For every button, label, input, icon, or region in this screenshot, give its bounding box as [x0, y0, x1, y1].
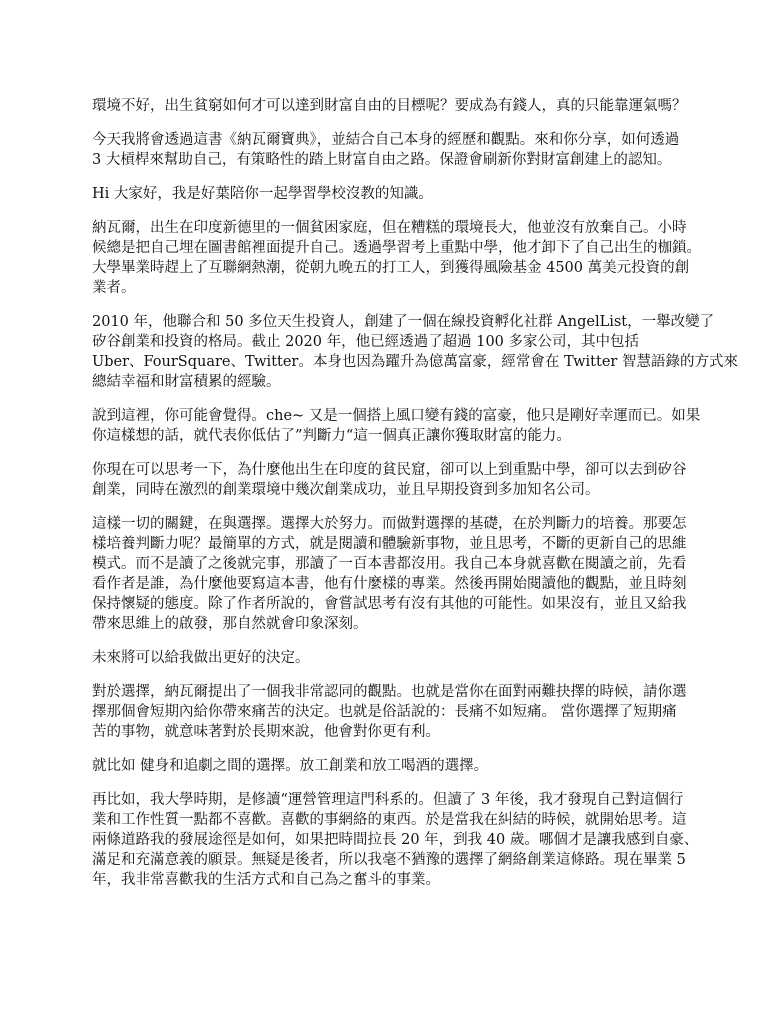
- text-line: 苦的事物，就意味著對於長期來說，他會對你更有利。: [92, 722, 692, 742]
- paragraph-book-intro: 今天我將會透過這書《納瓦爾寶典》，並結合自己本身的經歷和觀點。來和你分享，如何透…: [92, 130, 692, 170]
- text-line: 保持懷疑的態度。除了作者所說的，會嘗試思考有沒有其他的可能性。如果沒有，並且又給…: [92, 594, 692, 614]
- paragraph-greeting: Hi 大家好，我是好葉陪你一起學習學校沒教的知識。: [92, 184, 692, 204]
- text-line: 擇那個會短期內給你帶來痛苦的決定。也就是俗話說的：長痛不如短痛。 當你選擇了短期…: [92, 702, 692, 722]
- text-line: 你這樣想的話，就代表你低估了”判斷力“這一個真正讓你獲取財富的能力。: [92, 426, 692, 446]
- text-line: 2010 年，他聯合和 50 多位天生投資人，創建了一個在線投資孵化社群 Ang…: [92, 312, 692, 332]
- text-line: 這樣一切的關鍵，在與選擇。選擇大於努力。而做對選擇的基礎，在於判斷力的培養。那要…: [92, 514, 692, 534]
- text-line: 兩條道路我的發展途徑是如何，如果把時間拉長 20 年，到我 40 歲。哪個才是讓…: [92, 830, 692, 850]
- text-line: 環境不好，出生貧窮如何才可以達到財富自由的目標呢？要成為有錢人，真的只能靠運氣嗎…: [92, 96, 692, 116]
- text-line: Uber、FourSquare、Twitter。本身也因為躍升為億萬富豪，經常會…: [92, 352, 692, 372]
- paragraph-think: 你現在可以思考一下，為什麼他出生在印度的貧民窟，卻可以上到重點中學，卻可以去到矽…: [92, 460, 692, 500]
- text-line: Hi 大家好，我是好葉陪你一起學習學校沒教的知識。: [92, 184, 692, 204]
- paragraph-judgement: 說到這裡，你可能會覺得。che~ 又是一個搭上風口變有錢的富豪，他只是剛好幸運而…: [92, 406, 692, 446]
- paragraph-angellist: 2010 年，他聯合和 50 多位天生投資人，創建了一個在線投資孵化社群 Ang…: [92, 312, 692, 392]
- text-line: 3 大槓桿來幫助自己，有策略性的踏上財富自由之路。保證會刷新你對財富創建上的認知…: [92, 150, 692, 170]
- text-line: 業者。: [92, 278, 692, 298]
- text-line: 滿足和充滿意義的願景。無疑是後者，所以我毫不猶豫的選擇了網絡創業這條路。現在畢業…: [92, 850, 692, 870]
- text-line: 帶來思維上的啟發，那自然就會印象深刻。: [92, 614, 692, 634]
- paragraph-example: 就比如 健身和追劇之間的選擇。放工創業和放工喝酒的選擇。: [92, 756, 692, 776]
- text-line: 今天我將會透過這書《納瓦爾寶典》，並結合自己本身的經歷和觀點。來和你分享，如何透…: [92, 130, 692, 150]
- text-line: 看作者是誰，為什麼他要寫這本書，他有什麼樣的專業。然後再開始閱讀他的觀點，並且時…: [92, 574, 692, 594]
- text-line: 年，我非常喜歡我的生活方式和自己為之奮斗的事業。: [92, 870, 692, 890]
- text-line: 再比如，我大學時期，是修讀“運營管理這門科系的。但讀了 3 年後，我才發現自己對…: [92, 790, 692, 810]
- paragraph-naval-background: 納瓦爾，出生在印度新德里的一個貧困家庭，但在糟糕的環境長大，他並沒有放棄自己。小…: [92, 218, 692, 298]
- text-line: 說到這裡，你可能會覺得。che~ 又是一個搭上風口變有錢的富豪，他只是剛好幸運而…: [92, 406, 692, 426]
- text-line: 業和工作性質一點都不喜歡。喜歡的事網絡的東西。於是當我在糾結的時候，就開始思考。…: [92, 810, 692, 830]
- text-line: 樣培養判斷力呢？最簡單的方式，就是閱讀和體驗新事物，並且思考，不斷的更新自己的思…: [92, 534, 692, 554]
- text-line: 對於選擇，納瓦爾提出了一個我非常認同的觀點。也就是當你在面對兩難抉擇的時候，請你…: [92, 682, 692, 702]
- text-line: 未來將可以給我做出更好的決定。: [92, 648, 692, 668]
- paragraph-future: 未來將可以給我做出更好的決定。: [92, 648, 692, 668]
- document-page: 環境不好，出生貧窮如何才可以達到財富自由的目標呢？要成為有錢人，真的只能靠運氣嗎…: [92, 96, 692, 904]
- paragraph-choice-key: 這樣一切的關鍵，在與選擇。選擇大於努力。而做對選擇的基礎，在於判斷力的培養。那要…: [92, 514, 692, 634]
- text-line: 總結幸福和財富積累的經驗。: [92, 372, 692, 392]
- text-line: 候總是把自己埋在圖書館裡面提升自己。透過學習考上重點中學，他才卸下了自己出生的枷…: [92, 238, 692, 258]
- text-line: 你現在可以思考一下，為什麼他出生在印度的貧民窟，卻可以上到重點中學，卻可以去到矽…: [92, 460, 692, 480]
- text-line: 納瓦爾，出生在印度新德里的一個貧困家庭，但在糟糕的環境長大，他並沒有放棄自己。小…: [92, 218, 692, 238]
- paragraph-intro-question: 環境不好，出生貧窮如何才可以達到財富自由的目標呢？要成為有錢人，真的只能靠運氣嗎…: [92, 96, 692, 116]
- text-line: 矽谷創業和投資的格局。截止 2020 年，他已經透過了超過 100 多家公司，其…: [92, 332, 692, 352]
- text-line: 創業，同時在激烈的創業環境中幾次創業成功，並且早期投資到多加知名公司。: [92, 480, 692, 500]
- text-line: 模式。而不是讀了之後就完事，那讀了一百本書都沒用。我自己本身就喜歡在閱讀之前，先…: [92, 554, 692, 574]
- paragraph-personal-story: 再比如，我大學時期，是修讀“運營管理這門科系的。但讀了 3 年後，我才發現自己對…: [92, 790, 692, 890]
- text-line: 大學畢業時趕上了互聯網熱潮，從朝九晚五的打工人，到獲得風險基金 4500 萬美元…: [92, 258, 692, 278]
- paragraph-short-pain: 對於選擇，納瓦爾提出了一個我非常認同的觀點。也就是當你在面對兩難抉擇的時候，請你…: [92, 682, 692, 742]
- text-line: 就比如 健身和追劇之間的選擇。放工創業和放工喝酒的選擇。: [92, 756, 692, 776]
